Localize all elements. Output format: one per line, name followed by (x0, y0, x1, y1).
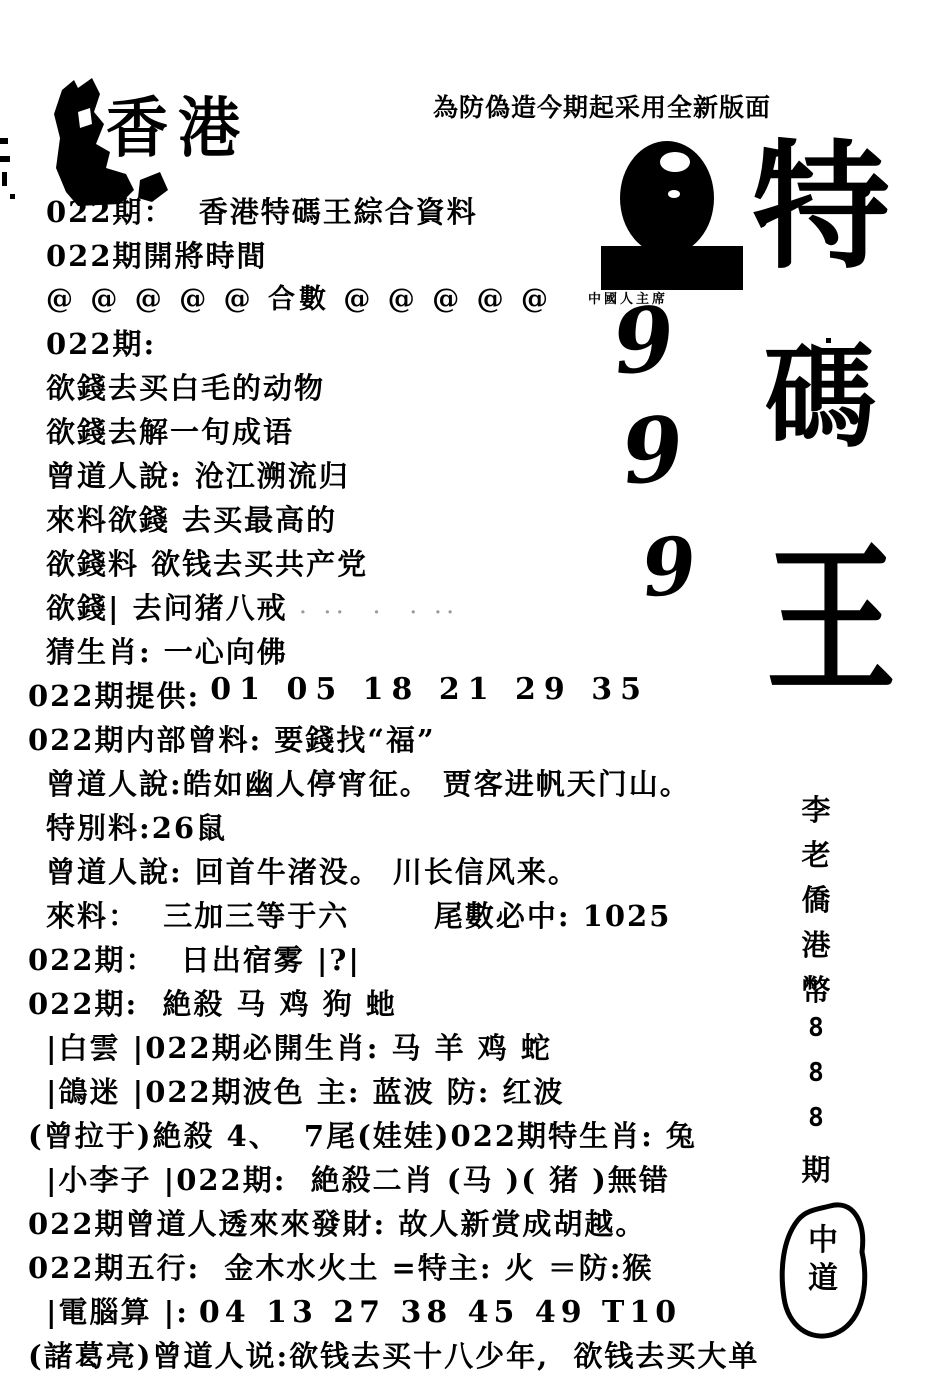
right-column-char: 李 (793, 788, 839, 833)
scanned-lottery-sheet: 香港 為防偽造今期起采用全新版面 中國人主席 9 9 9 特 碼 王 李 老 僑… (0, 0, 940, 1391)
at-symbols-line: @ @ @ @ @ 合數 @ @ @ @ @ (28, 278, 798, 322)
scan-speck (10, 194, 15, 199)
computer-numbers-label: |電腦算 |: (46, 1295, 189, 1329)
scan-speck (0, 156, 10, 162)
text-line: 曾道人說: 沧江溯流归 (28, 454, 798, 498)
special-tip-line: 特別料:26鼠 (28, 806, 798, 850)
computer-numbers-values: 04 13 27 38 45 49 T10 (199, 1291, 681, 1335)
five-elements-line: 022期五行: 金木水火土 =特主: 火 ＝防:猴 (28, 1246, 798, 1290)
seal-char: 道 (806, 1260, 840, 1298)
text-line: 欲錢去解一句成语 (28, 410, 798, 454)
right-vertical-column: 李 老 僑 港 幣 8 8 8 期 (793, 788, 839, 1193)
logo-hongkong: 香港 (106, 76, 250, 169)
computer-numbers-line: |電腦算 |:04 13 27 38 45 49 T10 (28, 1290, 798, 1334)
text-line: 022期： 日出宿雾 |?| (28, 938, 798, 982)
kill-tail-line: (曾拉于)絶殺 4、 7尾(娃娃)022期特生肖: 兔 (28, 1114, 798, 1158)
anti-counterfeit-notice: 為防偽造今期起采用全新版面 (433, 88, 771, 124)
right-column-char: 僑 (793, 878, 839, 923)
provided-numbers-values: 01 05 18 21 29 35 (210, 668, 649, 712)
right-column-char: 港 (793, 923, 839, 968)
scan-speck (2, 172, 7, 186)
text-line: 曾道人說:皓如幽人停宵征。 贾客进帆天门山。 (28, 762, 798, 806)
right-column-char: 8 (793, 1103, 839, 1148)
main-text-block: 022期： 香港特碼王綜合資料 022期開將時間 @ @ @ @ @ 合數 @ … (28, 190, 798, 1378)
draw-time-line: 022期開將時間 (28, 234, 798, 278)
tail-number-line: 來料： 三加三等于六 尾數必中: 1025 (28, 894, 798, 938)
kill-two-zodiac-line: |小李子 |022期: 絶殺二肖 (马 )( 猪 )無错 (28, 1158, 798, 1202)
seal-text: 中 道 (806, 1222, 840, 1298)
right-column-char: 老 (793, 833, 839, 878)
right-column-char: 8 (793, 1013, 839, 1058)
must-open-zodiac-line: |白雲 |022期必開生肖: 马 羊 鸡 蛇 (28, 1026, 798, 1070)
text-line: 022期内部曾料: 要錢找“福” (28, 718, 798, 762)
provided-numbers-line: 022期提供:01 05 18 21 29 35 (28, 674, 798, 718)
right-column-char: 8 (793, 1058, 839, 1103)
seal-char: 中 (806, 1222, 840, 1260)
scan-speck (826, 338, 831, 343)
issue-title-line: 022期： 香港特碼王綜合資料 (28, 190, 798, 234)
wave-color-line: |鴿迷 |022期波色 主: 蓝波 防: 红波 (28, 1070, 798, 1114)
text-line: 022期曾道人透來來發財: 故人新赏成胡越。 (28, 1202, 798, 1246)
text-line: 欲錢料 欲钱去买共产党 (28, 542, 798, 586)
text-line: 來料欲錢 去买最高的 (28, 498, 798, 542)
provided-numbers-label: 022期提供: (28, 679, 200, 713)
scan-speck (0, 138, 8, 144)
text-line: 欲錢去买白毛的动物 (28, 366, 798, 410)
right-column-char: 期 (793, 1148, 839, 1193)
right-column-char: 幣 (793, 968, 839, 1013)
text-line-main: 欲錢| 去问猪八戒 (46, 591, 288, 625)
kill-zodiac-line: 022期: 絶殺 马 鸡 狗 虵 (28, 982, 798, 1026)
text-line: 曾道人說: 回首牛渚没。 川长信风来。 (28, 850, 798, 894)
text-line: (諸葛亮)曾道人说:欲钱去买十八少年, 欲钱去买大单 (28, 1334, 798, 1378)
faint-scan-dots: · ·· · · ·· (300, 602, 459, 623)
text-line: 欲錢| 去问猪八戒 · ·· · · ·· (28, 586, 798, 630)
text-line: 022期: (28, 322, 798, 366)
